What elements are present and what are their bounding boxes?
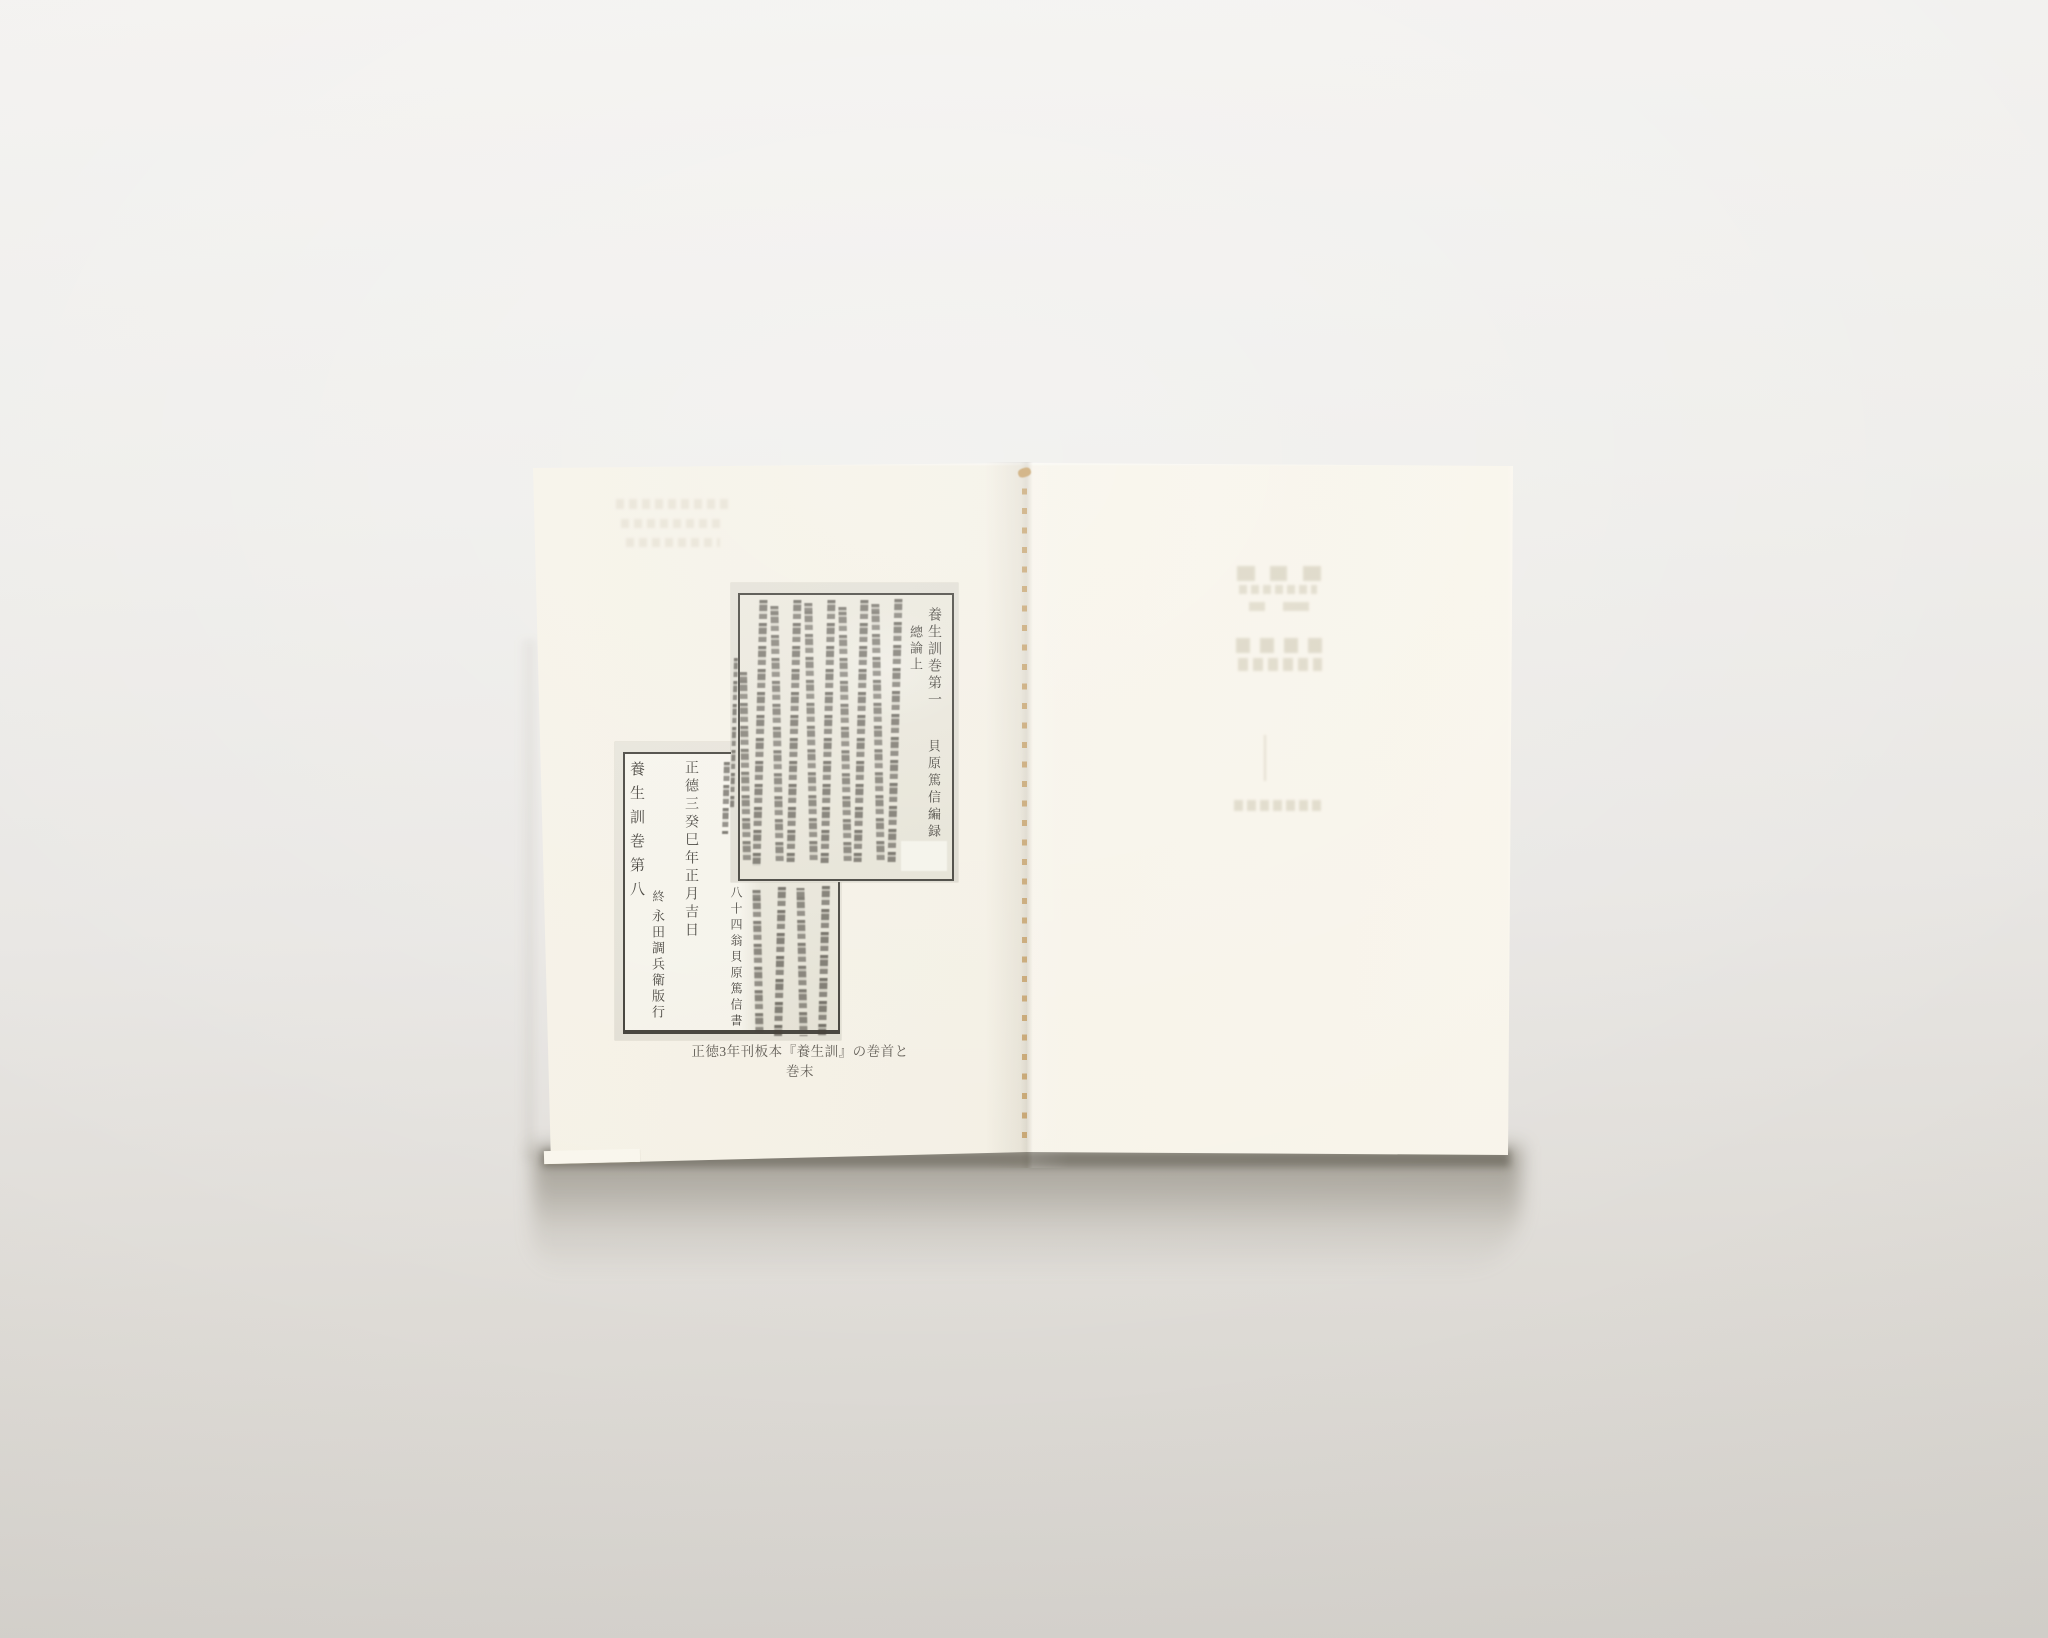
figure-volume1-opening: 養生訓巻第一 總論上 貝原篤信編録	[731, 583, 958, 882]
right-page-show-through-row	[1239, 585, 1317, 594]
title-column: 養生訓巻第一	[926, 607, 940, 711]
right-page-show-through-title	[1237, 566, 1321, 581]
paper-repair-patch	[901, 841, 947, 871]
author-column: 貝原篤信編録	[927, 739, 940, 855]
binding-stitches	[1022, 469, 1027, 1151]
signature-column: 八十四翁貝原篤信書	[730, 886, 742, 1032]
section-column: 總論上	[909, 625, 922, 677]
right-page-show-through-row	[1238, 658, 1322, 671]
photo-open-book-spread: 八十四翁貝原篤信書 正德三癸巳年正月吉日 養生訓巻第八 終 永田調兵衛版行 養生…	[0, 0, 2048, 1638]
right-page-show-through-line	[1264, 735, 1266, 781]
publisher-column: 永田調兵衛版行	[651, 909, 664, 1023]
left-page-show-through-row	[626, 538, 720, 547]
right-page-show-through-row	[1236, 638, 1323, 653]
right-page-show-through-row	[1249, 602, 1309, 611]
figure-caption: 正徳3年刊板本『養生訓』の巻首と巻末	[688, 1040, 912, 1080]
left-page-show-through-row	[616, 499, 728, 509]
volume-end-column: 養生訓巻第八	[628, 761, 643, 915]
cursive-text-column	[730, 658, 738, 808]
end-mark: 終	[652, 890, 664, 902]
left-page-show-through-row	[621, 519, 725, 528]
date-column: 正德三癸巳年正月吉日	[683, 760, 697, 948]
right-page-show-through-row	[1234, 800, 1323, 811]
under-page-edge	[544, 1149, 640, 1164]
